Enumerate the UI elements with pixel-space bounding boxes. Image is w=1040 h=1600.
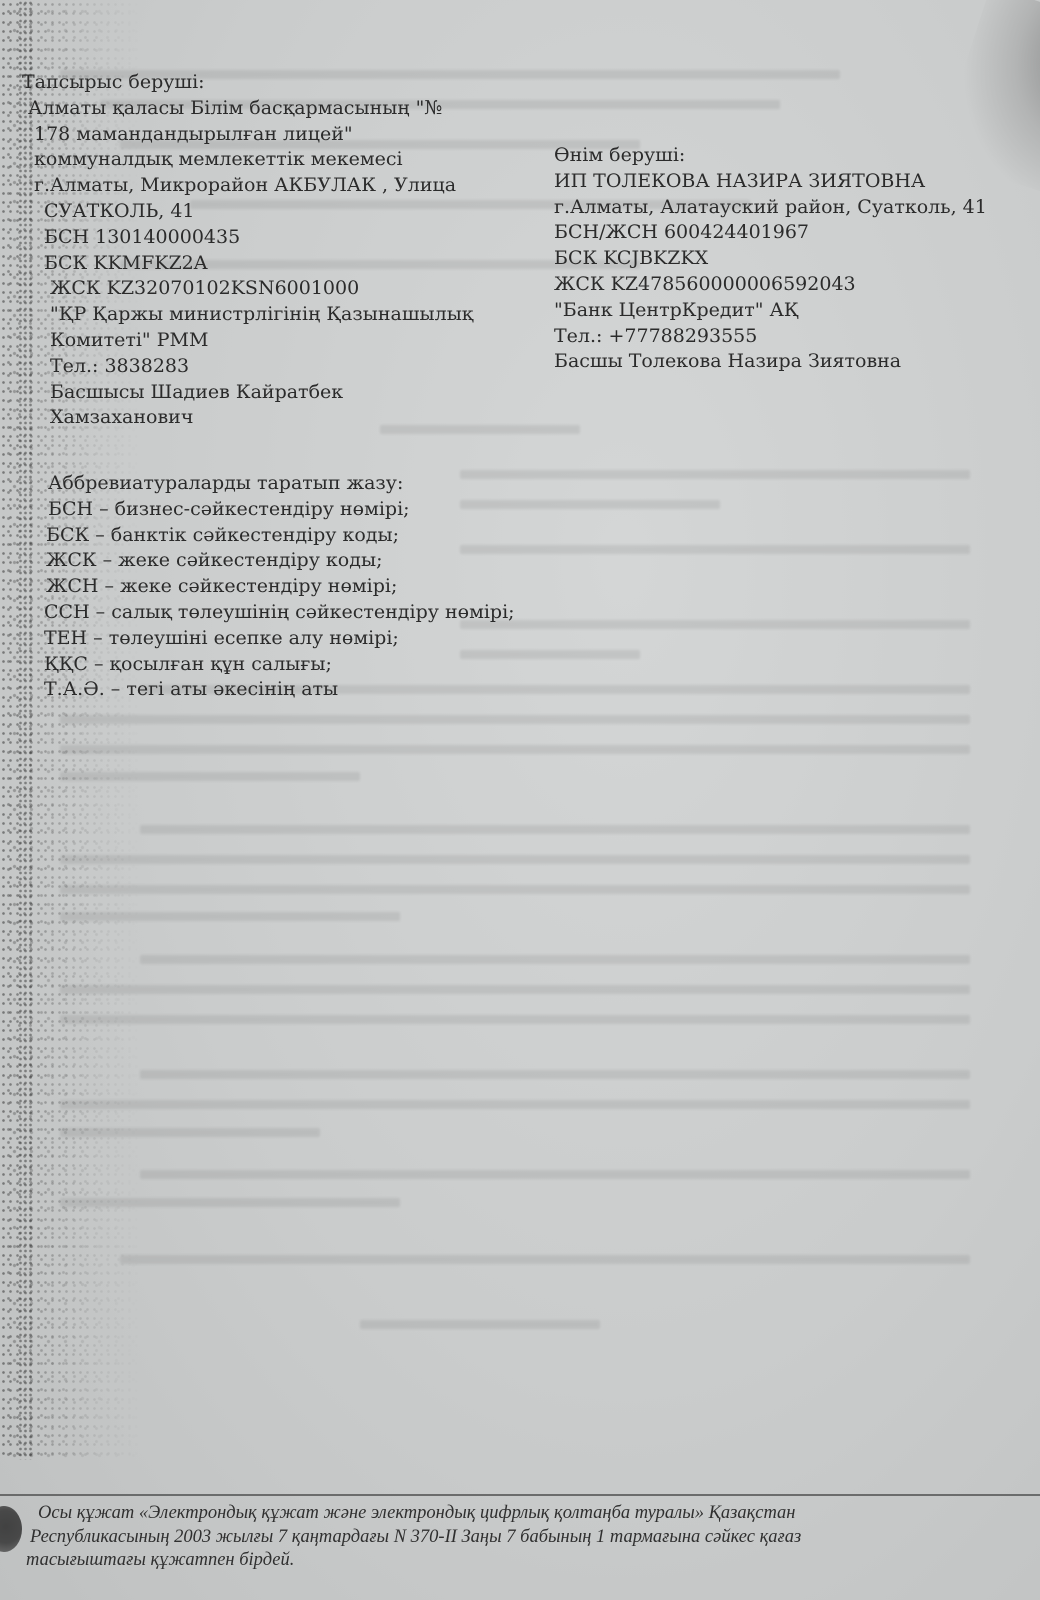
customer-phone: Тел.: 3838283	[22, 354, 473, 380]
supplier-iik: ЖСК KZ478560000006592043	[554, 272, 987, 298]
abbreviation-item: ЖСК – жеке сәйкестендіру коды;	[44, 548, 515, 574]
customer-bin: БСН 130140000435	[22, 225, 473, 251]
customer-name-line1: Алматы қаласы Білім басқармасының "№	[22, 96, 473, 122]
abbreviations-list: Аббревиатураларды таратып жазу: БСН – би…	[44, 471, 515, 703]
abbreviation-item: БСН – бизнес-сәйкестендіру нөмірі;	[44, 497, 515, 523]
supplier-bin-iin: БСН/ЖСН 600424401967	[554, 220, 987, 246]
customer-head-line1: Басшысы Шадиев Кайратбек	[22, 380, 473, 406]
footer-line3: тасығыштағы құжатпен бірдей.	[26, 1549, 1016, 1573]
footer-legal-note: Осы құжат «Электрондық құжат және электр…	[26, 1502, 1016, 1573]
footer-line1: Осы құжат «Электрондық құжат және электр…	[26, 1502, 1016, 1526]
customer-address-line1: г.Алматы, Микрорайон АКБУЛАК , Улица	[22, 173, 473, 199]
customer-details: Тапсырыс беруші: Алматы қаласы Білім бас…	[22, 70, 473, 431]
footer-divider	[0, 1494, 1040, 1496]
customer-bik: БСК KKMFKZ2A	[22, 251, 473, 277]
supplier-head: Басшы Толекова Назира Зиятовна	[554, 349, 987, 375]
supplier-name: ИП ТОЛЕКОВА НАЗИРА ЗИЯТОВНА	[554, 169, 987, 195]
scanned-page: Тапсырыс беруші: Алматы қаласы Білім бас…	[0, 0, 1040, 1600]
abbreviation-item: Т.А.Ә. – тегі аты әкесінің аты	[44, 677, 515, 703]
customer-iik: ЖСК KZ32070102KSN6001000	[22, 276, 473, 302]
customer-bank-line2: Комитеті" РММ	[22, 328, 473, 354]
abbreviation-item: ЖСН – жеке сәйкестендіру нөмірі;	[44, 574, 515, 600]
stamp-icon	[0, 1506, 22, 1552]
abbreviation-item: ТЕН – төлеушіні есепке алу нөмірі;	[44, 626, 515, 652]
customer-bank-line1: "ҚР Қаржы министрлігінің Қазынашылық	[22, 302, 473, 328]
abbreviation-item: ҚҚС – қосылған құн салығы;	[44, 652, 515, 678]
supplier-details: Өнім беруші: ИП ТОЛЕКОВА НАЗИРА ЗИЯТОВНА…	[554, 143, 987, 375]
customer-name-line2: 178 мамандандырылған лицей"	[22, 122, 473, 148]
supplier-heading: Өнім беруші:	[554, 143, 987, 169]
footer-line2: Республикасының 2003 жылғы 7 қаңтардағы …	[26, 1526, 1016, 1550]
customer-head-line2: Хамзаханович	[22, 405, 473, 431]
customer-address-line2: СУАТКОЛЬ, 41	[22, 199, 473, 225]
abbreviations-heading: Аббревиатураларды таратып жазу:	[44, 471, 515, 497]
supplier-address: г.Алматы, Алатауский район, Суатколь, 41	[554, 195, 987, 221]
supplier-bank: "Банк ЦентрКредит" АҚ	[554, 298, 987, 324]
abbreviation-item: ССН – салық төлеушінің сәйкестендіру нөм…	[44, 600, 515, 626]
abbreviation-item: БСК – банктік сәйкестендіру коды;	[44, 523, 515, 549]
customer-name-line3: коммуналдық мемлекеттік мекемесі	[22, 147, 473, 173]
supplier-phone: Тел.: +77788293555	[554, 324, 987, 350]
customer-heading: Тапсырыс беруші:	[22, 70, 473, 96]
supplier-bik: БСК KCJBKZKX	[554, 246, 987, 272]
